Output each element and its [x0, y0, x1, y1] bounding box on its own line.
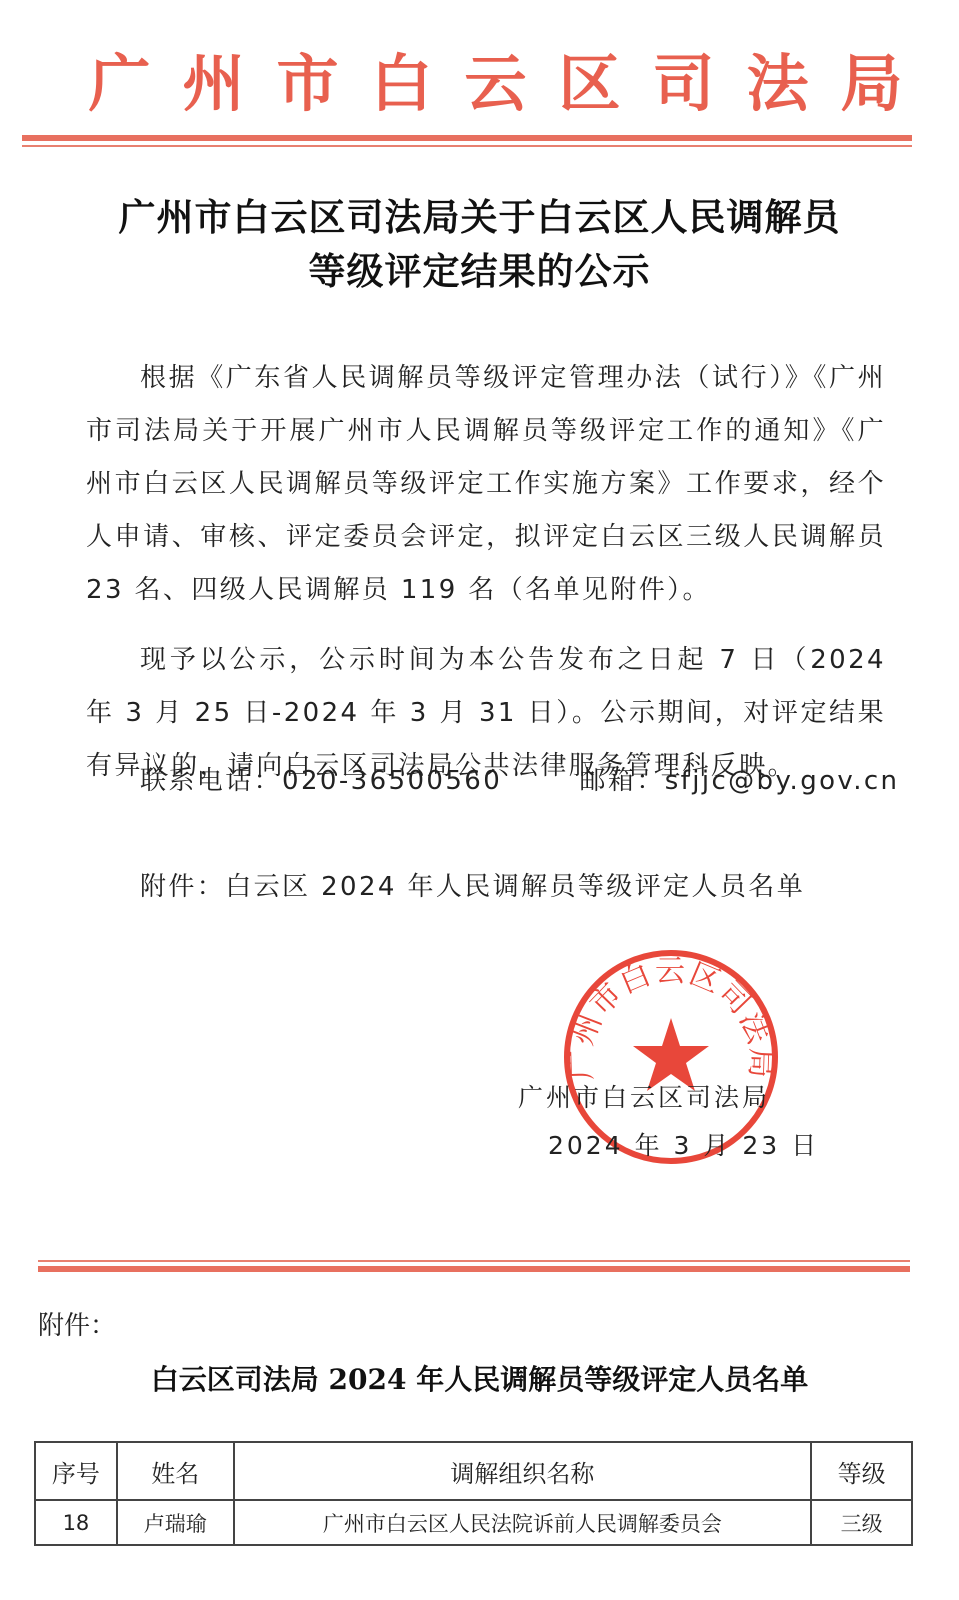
cell-level: 三级 [811, 1500, 912, 1545]
notice-title-line2: 等级评定结果的公示 [0, 244, 959, 298]
signature-org: 广州市白云区司法局 [518, 1078, 770, 1114]
annex-label: 附件： [38, 1305, 116, 1342]
phone-label: 联系电话： [140, 766, 282, 796]
masthead-rule-thin [22, 145, 912, 147]
notice-paragraph-1: 根据《广东省人民调解员等级评定管理办法（试行）》《广州市司法局关于开展广州市人民… [86, 352, 886, 617]
roster-table: 序号 姓名 调解组织名称 等级 18 卢瑞瑜 广州市白云区人民法院诉前人民调解委… [34, 1441, 913, 1546]
column-header-name: 姓名 [117, 1442, 234, 1500]
notice-title-line1: 广州市白云区司法局关于白云区人民调解员 [0, 190, 959, 244]
column-header-level: 等级 [811, 1442, 912, 1500]
column-header-no: 序号 [35, 1442, 117, 1500]
masthead-title: 广州市白云区司法局 [0, 48, 959, 120]
email-address[interactable]: sfjjc@by.gov.cn [665, 766, 900, 796]
column-header-org: 调解组织名称 [234, 1442, 812, 1500]
email-label: 邮箱： [580, 766, 665, 796]
masthead-rule-thick [22, 135, 912, 141]
signature-date: 2024 年 3 月 23 日 [548, 1126, 819, 1162]
table-header-row: 序号 姓名 调解组织名称 等级 [35, 1442, 912, 1500]
phone-number: 020-36500560 [282, 766, 502, 796]
cell-org: 广州市白云区人民法院诉前人民调解委员会 [234, 1500, 812, 1545]
contact-line: 联系电话：020-36500560 邮箱：sfjjc@by.gov.cn [140, 760, 899, 797]
table-row: 18 卢瑞瑜 广州市白云区人民法院诉前人民调解委员会 三级 [35, 1500, 912, 1545]
annex-title: 白云区司法局 2024 年人民调解员等级评定人员名单 [0, 1358, 959, 1398]
footer-rule-thin [38, 1260, 910, 1262]
attachment-line: 附件：白云区 2024 年人民调解员等级评定人员名单 [140, 866, 805, 903]
cell-name: 卢瑞瑜 [117, 1500, 234, 1545]
footer-rule-thick [38, 1266, 910, 1272]
cell-no: 18 [35, 1500, 117, 1545]
